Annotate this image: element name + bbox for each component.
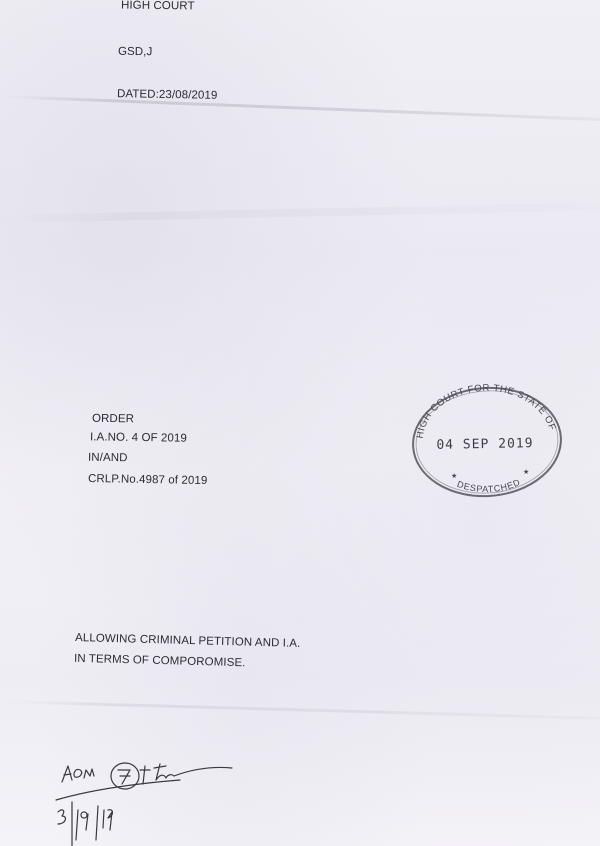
despatch-stamp: HIGH COURT FOR THE STATE OF TELANGANA 04… xyxy=(405,380,565,500)
handwritten-signature: 3/9/19 xyxy=(50,760,240,846)
order-date: DATED:23/08/2019 xyxy=(117,88,218,102)
court-name: HIGH COURT xyxy=(121,0,195,13)
stamp-date: 04 SEP 2019 xyxy=(436,436,533,453)
petition-number: CRLP.No.4987 of 2019 xyxy=(88,473,208,487)
stamp-star-icon: ★ xyxy=(523,468,529,476)
document-type: ORDER xyxy=(92,413,134,426)
judge-initials: GSD,J xyxy=(118,46,153,58)
ia-number: I.A.NO. 4 OF 2019 xyxy=(90,431,187,444)
stamp-star-icon: ★ xyxy=(451,472,457,480)
case-connector: IN/AND xyxy=(88,452,128,465)
stamp-top-text: HIGH COURT FOR THE STATE OF TELANGANA xyxy=(405,380,559,439)
